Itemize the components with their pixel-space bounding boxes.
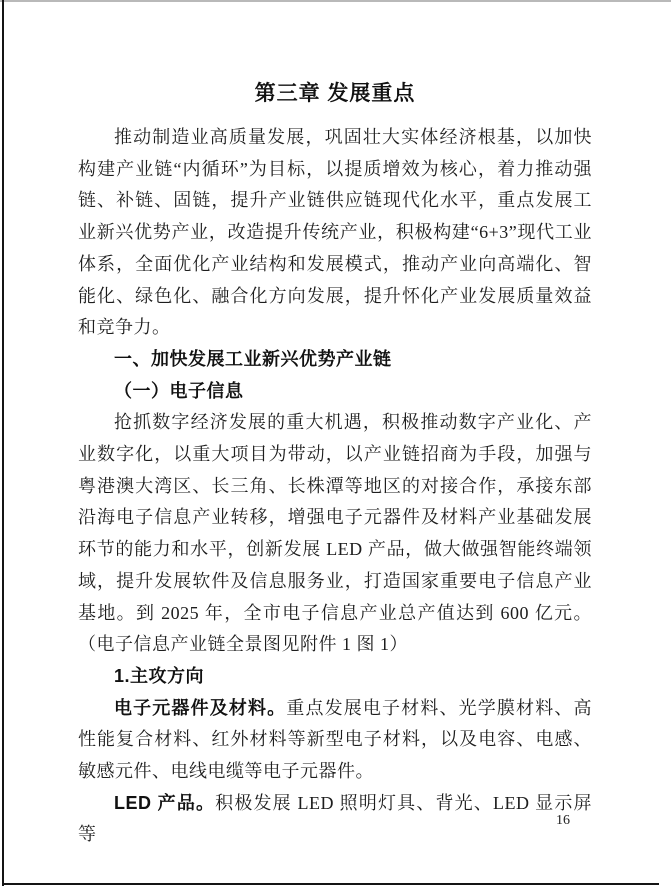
scan-edge-top [0, 0, 671, 2]
subheading-main-direction: 1.主攻方向 [78, 661, 592, 693]
document-page: 第三章 发展重点 推动制造业高质量发展，巩固壮大实体经济根基，以加快构建产业链“… [0, 0, 671, 891]
run-in-heading-led: LED 产品。 [114, 793, 215, 813]
paragraph-electronics: 抢抓数字经济发展的重大机遇，积极推动数字产业化、产业数字化，以重大项目为带动，以… [78, 407, 592, 661]
chapter-title: 第三章 发展重点 [78, 78, 592, 110]
scan-edge-left [2, 0, 4, 886]
subsection-heading-electronics: （一）电子信息 [78, 376, 592, 408]
scan-edge-bottom [2, 883, 659, 885]
page-content: 第三章 发展重点 推动制造业高质量发展，巩固壮大实体经济根基，以加快构建产业链“… [78, 78, 592, 851]
paragraph-overview: 推动制造业高质量发展，巩固壮大实体经济根基，以加快构建产业链“内循环”为目标，以… [78, 122, 592, 344]
run-in-heading-components: 电子元器件及材料。 [114, 698, 286, 718]
page-number: 16 [548, 812, 578, 830]
paragraph-components: 电子元器件及材料。重点发展电子材料、光学膜材料、高性能复合材料、红外材料等新型电… [78, 693, 592, 788]
section-heading-new-industries: 一、加快发展工业新兴优势产业链 [78, 344, 592, 376]
paragraph-led: LED 产品。积极发展 LED 照明灯具、背光、LED 显示屏等 [78, 788, 592, 851]
